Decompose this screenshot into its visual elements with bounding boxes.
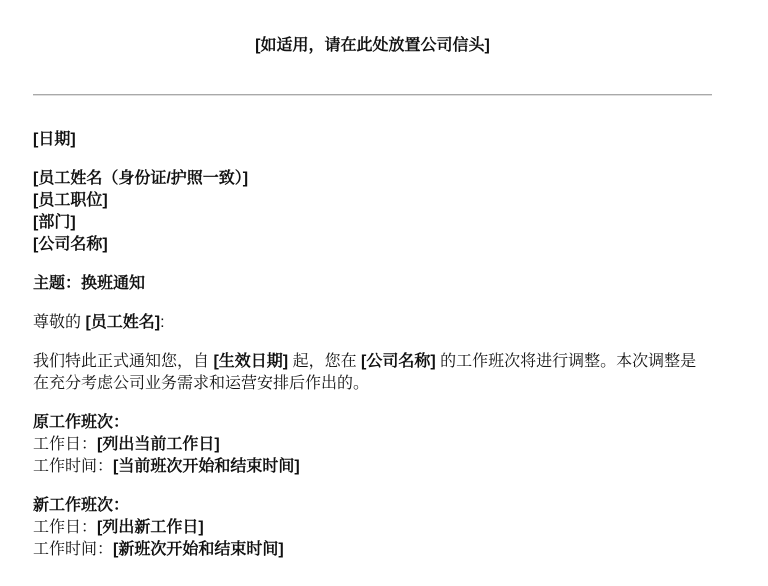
new-workdays-value: [列出新工作日]: [97, 519, 204, 536]
recipient-title: [员工职位]: [33, 192, 108, 209]
body-text-1: 我们特此正式通知您，自: [33, 353, 213, 370]
subject-line: 主题：换班通知: [33, 273, 712, 295]
new-worktime-value: [新班次开始和结束时间]: [113, 541, 284, 558]
recipient-department: [部门]: [33, 214, 76, 231]
new-workdays-label: 工作日：: [33, 519, 97, 536]
new-worktime-label: 工作时间：: [33, 541, 113, 558]
original-shift-heading: 原工作班次：: [33, 414, 129, 431]
salutation-suffix: :: [160, 314, 164, 331]
effective-date-placeholder: [生效日期]: [213, 353, 288, 370]
original-workdays-label: 工作日：: [33, 436, 97, 453]
date-line: [日期]: [33, 129, 712, 151]
letterhead-placeholder: [如适用，请在此处放置公司信头]: [33, 35, 712, 57]
recipient-block: [员工姓名（身份证/护照一致）][员工职位][部门][公司名称]: [33, 168, 712, 256]
original-workdays-value: [列出当前工作日]: [97, 436, 220, 453]
new-shift-heading: 新工作班次：: [33, 497, 129, 514]
new-shift-block: 新工作班次：工作日：[列出新工作日]工作时间：[新班次开始和结束时间]: [33, 495, 712, 561]
salutation-line: 尊敬的 [员工姓名]:: [33, 312, 712, 334]
original-worktime-value: [当前班次开始和结束时间]: [113, 458, 300, 475]
recipient-company: [公司名称]: [33, 236, 108, 253]
original-shift-block: 原工作班次：工作日：[列出当前工作日]工作时间：[当前班次开始和结束时间]: [33, 412, 712, 478]
company-name-placeholder: [公司名称]: [361, 353, 436, 370]
body-text-2: 起，您在: [288, 353, 361, 370]
letter-document: [如适用，请在此处放置公司信头] [日期] [员工姓名（身份证/护照一致）][员…: [0, 0, 768, 586]
salutation-employee-name: [员工姓名]: [85, 314, 160, 331]
recipient-name: [员工姓名（身份证/护照一致）]: [33, 170, 248, 187]
divider: [33, 94, 712, 96]
original-worktime-label: 工作时间：: [33, 458, 113, 475]
salutation-prefix: 尊敬的: [33, 314, 85, 331]
body-paragraph: 我们特此正式通知您，自 [生效日期] 起，您在 [公司名称] 的工作班次将进行调…: [33, 351, 712, 395]
